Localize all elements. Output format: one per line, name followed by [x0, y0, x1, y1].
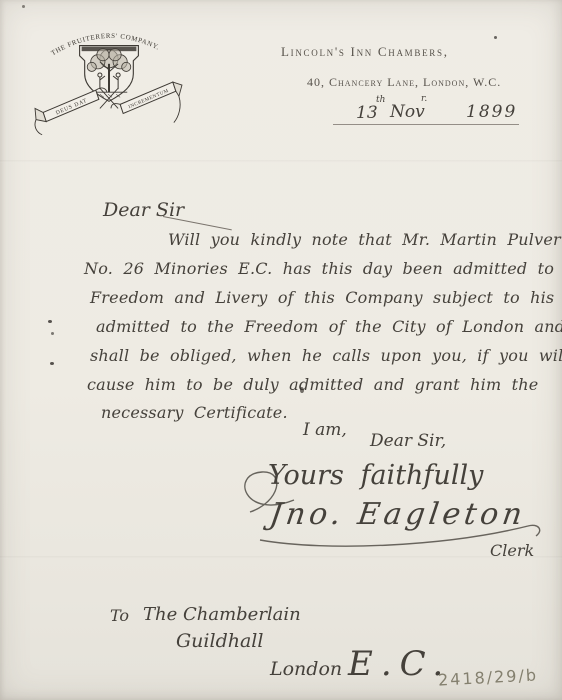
fold-crease	[0, 160, 562, 163]
body-line-6: cause him to be duly admitted and grant …	[87, 375, 538, 394]
date-day-suffix: th	[376, 95, 385, 105]
date-month: Nov	[390, 102, 425, 122]
body-line-4: admitted to the Freedom of the City of L…	[96, 317, 562, 336]
archive-reference-number: 2418/29/b	[438, 665, 539, 689]
body-line-2: No. 26 Minories E.C. has this day been a…	[84, 259, 562, 278]
ink-speck	[50, 362, 54, 365]
crest-ribbon-left: DEUS DAT	[35, 88, 107, 135]
body-line-5: shall be obliged, when he calls upon you…	[90, 346, 562, 365]
recipient-name: The Chamberlain	[143, 604, 301, 625]
date-year: 1899	[466, 102, 517, 122]
ink-speck	[48, 320, 52, 323]
body-line-7: necessary Certificate.	[101, 403, 288, 422]
closing-line1: I am,	[303, 420, 347, 440]
ink-speck	[494, 36, 497, 39]
recipient-to: To	[110, 606, 129, 625]
recipient-line2: Guildhall	[176, 630, 263, 652]
salutation-flourish	[163, 216, 232, 230]
letterhead-line2: 40, Chancery Lane, London, W.C.	[307, 75, 501, 90]
body-line-3: Freedom and Livery of this Company subje…	[90, 288, 562, 307]
recipient-district: E.C.	[348, 644, 451, 684]
fold-crease	[0, 556, 562, 559]
date-day: 13	[356, 103, 378, 123]
recipient-line3: London	[270, 658, 342, 680]
body-line-1: Will you kindly note that Mr. Martin Pul…	[168, 230, 562, 249]
date-rule	[333, 124, 519, 125]
letterhead-line1: Lincoln's Inn Chambers,	[281, 44, 449, 60]
fruiterers-company-crest-icon: THE FRUITERERS' COMPANY.	[33, 13, 185, 141]
ink-speck	[22, 5, 25, 8]
closing-line2: Dear Sir,	[370, 431, 446, 451]
signer-title: Clerk	[490, 541, 534, 560]
valediction: Yours faithfully	[268, 460, 483, 491]
ink-speck	[51, 332, 54, 335]
date-month-suffix: r.	[421, 94, 427, 104]
letter-scan: THE FRUITERERS' COMPANY.	[0, 0, 562, 700]
ink-blot	[300, 387, 304, 393]
